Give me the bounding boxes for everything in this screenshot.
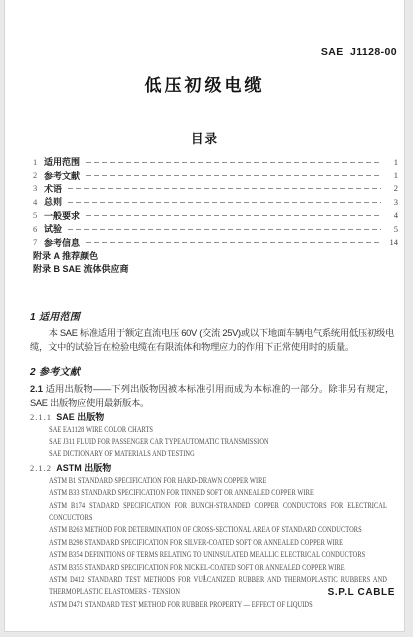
reference-line: ASTM B263 METHOD FOR DETERMINATION OF CR… bbox=[49, 524, 387, 536]
toc-row: 2 参考文献 1 bbox=[33, 168, 398, 181]
toc-item-page: 2 bbox=[386, 183, 398, 193]
clause-2-1: 2.1 适用出版物——下列出版物因被本标准引用而成为本标准的一部分。除非另有规定… bbox=[30, 382, 394, 410]
clause-2-1-1-number: 2.1.1 bbox=[30, 412, 52, 422]
toc-dot-leader bbox=[86, 162, 381, 163]
toc-item-label: 术语 bbox=[44, 182, 62, 195]
toc-item-page: 4 bbox=[386, 210, 398, 220]
brand-footer: S.P.L CABLE bbox=[328, 587, 395, 598]
table-of-contents: 1 适用范围 1 2 参考文献 1 3 术语 2 bbox=[5, 155, 404, 276]
reference-line: SAE EA1128 WIRE COLOR CHARTS bbox=[49, 424, 387, 436]
toc-item-label: 参考文献 bbox=[44, 169, 80, 182]
toc-appendix-label: 附录 B SAE 流体供应商 bbox=[33, 262, 129, 275]
toc-item-number: 5 bbox=[33, 210, 40, 220]
section-1-paragraph: 本 SAE 标准适用于额定直流电压 60V (交流 25V)或以下地面车辆电气系… bbox=[30, 326, 394, 354]
clause-2-1-1: 2.1.1 SAE 出版物 bbox=[30, 411, 394, 424]
toc-item-number: 2 bbox=[33, 170, 40, 180]
toc-row: 6 试验 5 bbox=[33, 222, 398, 235]
toc-item-label: 一般要求 bbox=[44, 209, 80, 222]
reference-line: ASTM B298 STANDARD SPECIFICATION FOR SIL… bbox=[49, 537, 387, 549]
toc-row: 5 一般要求 4 bbox=[33, 209, 398, 222]
toc-appendix-list: 附录 A 推荐颜色 附录 B SAE 流体供应商 bbox=[33, 249, 398, 276]
document-page: SAE J1128-00 低压初级电缆 目录 1 适用范围 1 2 参考文献 1 bbox=[4, 0, 405, 632]
toc-dot-leader bbox=[86, 175, 381, 176]
toc-dot-leader bbox=[68, 202, 381, 203]
toc-item-number: 7 bbox=[33, 237, 40, 247]
toc-item-label: 试验 bbox=[44, 222, 62, 235]
toc-item-label: 参考信息 bbox=[44, 236, 80, 249]
reference-line: SAE J311 FLUID FOR PASSENGER CAR TYPEAUT… bbox=[49, 436, 387, 448]
toc-dot-leader bbox=[68, 229, 381, 230]
page-title: 低压初级电缆 bbox=[5, 71, 404, 96]
toc-item-label: 总则 bbox=[44, 195, 62, 208]
toc-appendix-label: 附录 A 推荐颜色 bbox=[33, 249, 98, 262]
toc-dot-leader bbox=[86, 242, 381, 243]
reference-line: ASTM B354 DEFINITIONS OF TERMS RELATING … bbox=[49, 549, 387, 561]
reference-line: ASTM B174 STADARD SPECIFICATION FOR BUNC… bbox=[49, 500, 387, 525]
toc-item-number: 3 bbox=[33, 183, 40, 193]
document-body: 1 适用范围 本 SAE 标准适用于额定直流电压 60V (交流 25V)或以下… bbox=[5, 308, 404, 612]
toc-dot-leader bbox=[68, 188, 381, 189]
toc-item-page: 3 bbox=[386, 197, 398, 207]
page-number: 1 bbox=[5, 573, 404, 582]
section-2-heading: 2 参考文献 bbox=[30, 363, 394, 378]
toc-item-page: 5 bbox=[386, 224, 398, 234]
toc-row: 1 适用范围 1 bbox=[33, 155, 398, 168]
reference-line: ASTM B33 STANDARD SPECIFICATION FOR TINN… bbox=[49, 487, 387, 499]
clause-2-1-2-number: 2.1.2 bbox=[30, 463, 52, 473]
clause-2-1-text: 适用出版物——下列出版物因被本标准引用而成为本标准的一部分。除非另有规定，SAE… bbox=[30, 384, 394, 408]
toc-appendix-row: 附录 A 推荐颜色 bbox=[33, 249, 398, 262]
toc-row: 7 参考信息 14 bbox=[33, 235, 398, 248]
toc-item-number: 6 bbox=[33, 224, 40, 234]
toc-item-label: 适用范围 bbox=[44, 155, 80, 168]
reference-line: ASTM B1 STANDARD SPECIFICATION FOR HARD-… bbox=[49, 475, 387, 487]
toc-row: 4 总则 3 bbox=[33, 195, 398, 208]
reference-line: SAE DICTIONARY OF MATERIALS AND TESTING bbox=[49, 448, 387, 460]
toc-item-page: 1 bbox=[386, 157, 398, 167]
toc-heading: 目录 bbox=[5, 129, 404, 147]
sae-reference-list: SAE EA1128 WIRE COLOR CHARTS SAE J311 FL… bbox=[30, 424, 387, 461]
clause-2-1-2: 2.1.2 ASTM 出版物 bbox=[30, 462, 394, 475]
toc-appendix-row: 附录 B SAE 流体供应商 bbox=[33, 262, 398, 275]
reference-line: ASTM D471 STANDARD TEST METHOD FOR RUBBE… bbox=[49, 599, 387, 611]
toc-item-number: 4 bbox=[33, 197, 40, 207]
clause-2-1-number: 2.1 bbox=[30, 384, 43, 394]
toc-item-page: 14 bbox=[386, 237, 398, 247]
toc-item-page: 1 bbox=[386, 170, 398, 180]
toc-item-number: 1 bbox=[33, 157, 40, 167]
clause-2-1-1-label: SAE 出版物 bbox=[56, 412, 104, 422]
toc-item-list: 1 适用范围 1 2 参考文献 1 3 术语 2 bbox=[33, 155, 398, 249]
section-1-heading: 1 适用范围 bbox=[30, 308, 394, 323]
toc-dot-leader bbox=[86, 215, 381, 216]
toc-row: 3 术语 2 bbox=[33, 182, 398, 195]
clause-2-1-2-label: ASTM 出版物 bbox=[56, 463, 111, 473]
doc-number: SAE J1128-00 bbox=[5, 46, 404, 58]
